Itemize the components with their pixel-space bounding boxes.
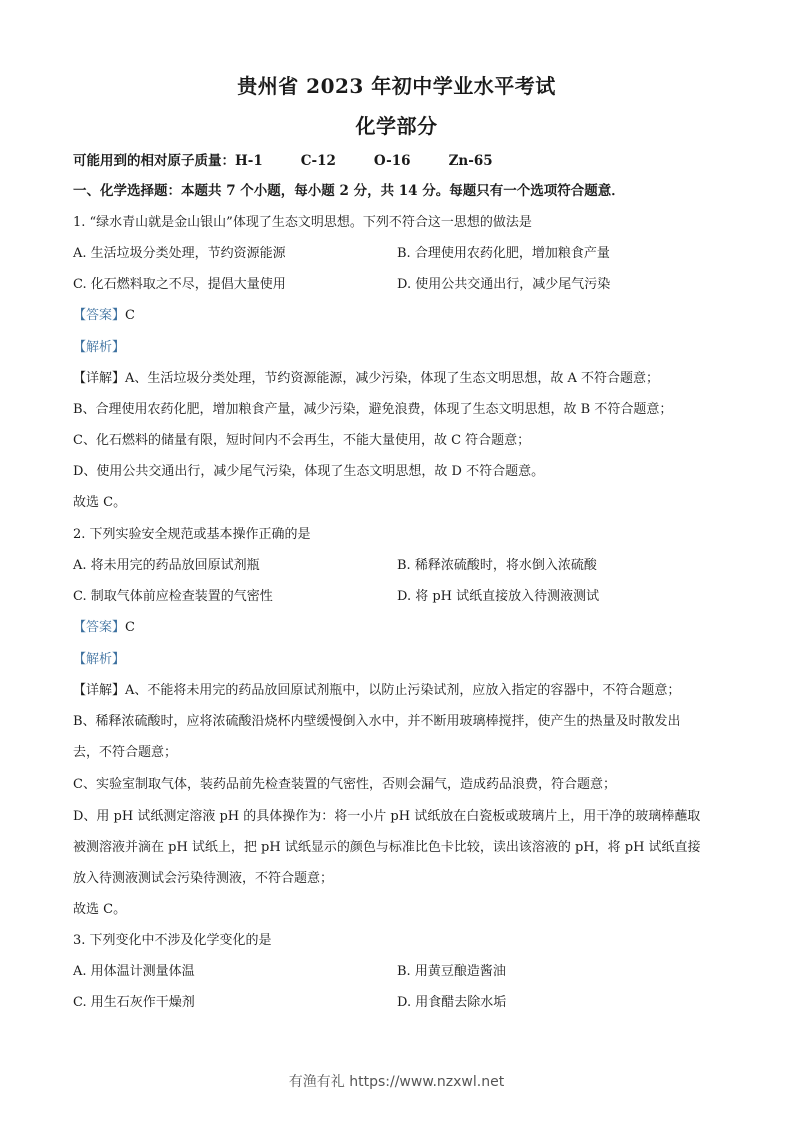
detail-text: A、生活垃圾分类处理，节约资源能源，减少污染，体现了生态文明思想，故 A 不符合…	[125, 371, 659, 386]
question-2-option-d: D. 将 pH 试纸直接放入待测液测试	[397, 588, 599, 606]
question-3-option-a: A. 用体温计测量体温	[73, 963, 195, 981]
question-1-detail-line: D、使用公共交通出行，减少尾气污染，体现了生态文明思想，故 D 不符合题意。	[73, 463, 544, 481]
detail-label: 【详解】	[73, 371, 125, 386]
question-3-stem: 3. 下列变化中不涉及化学变化的是	[73, 932, 272, 950]
analysis-label: 【解析】	[73, 652, 125, 667]
answer-value: C	[125, 620, 135, 635]
answer-value: C	[125, 308, 135, 323]
atomic-mass-zn: Zn-65	[449, 152, 493, 170]
question-2-answer: 【答案】C	[73, 619, 135, 637]
question-2-detail-line: 被测溶液并滴在 pH 试纸上，把 pH 试纸显示的颜色与标准比色卡比较，读出该溶…	[73, 839, 701, 857]
question-3-option-d: D. 用食醋去除水垢	[397, 994, 506, 1012]
exam-title: 贵州省 2023 年初中学业水平考试	[0, 70, 793, 99]
question-1-option-a: A. 生活垃圾分类处理，节约资源能源	[73, 245, 286, 263]
exam-subtitle: 化学部分	[0, 110, 793, 139]
question-2-analysis-label: 【解析】	[73, 651, 125, 669]
question-2-detail-line: C、实验室制取气体，装药品前先检查装置的气密性，否则会漏气，造成药品浪费，符合题…	[73, 776, 616, 794]
question-3-option-c: C. 用生石灰作干燥剂	[73, 994, 195, 1012]
question-1-detail-line: 【详解】A、生活垃圾分类处理，节约资源能源，减少污染，体现了生态文明思想，故 A…	[73, 370, 659, 388]
question-2-conclusion: 故选 C。	[73, 901, 126, 919]
question-1-answer: 【答案】C	[73, 307, 135, 325]
question-1-conclusion: 故选 C。	[73, 494, 126, 512]
question-2-detail-line: 放入待测液测试会污染待测液，不符合题意；	[73, 870, 333, 888]
question-1-option-c: C. 化石燃料取之不尽，提倡大量使用	[73, 276, 286, 294]
atomic-mass-h: H-1	[235, 153, 263, 169]
question-2-detail-line: D、用 pH 试纸测定溶液 pH 的具体操作为：将一小片 pH 试纸放在白瓷板或…	[73, 808, 700, 826]
question-1-stem: 1. “绿水青山就是金山银山”体现了生态文明思想。下列不符合这一思想的做法是	[73, 214, 532, 232]
question-2-detail-line: 去，不符合题意；	[73, 744, 177, 762]
question-1-detail-line: C、化石燃料的储量有限，短时间内不会再生，不能大量使用，故 C 符合题意；	[73, 432, 530, 450]
question-1-analysis-label: 【解析】	[73, 339, 125, 357]
detail-text: A、不能将未用完的药品放回原试剂瓶中，以防止污染试剂，应放入指定的容器中，不符合…	[125, 683, 680, 698]
question-2-detail-line: 【详解】A、不能将未用完的药品放回原试剂瓶中，以防止污染试剂，应放入指定的容器中…	[73, 682, 680, 700]
exam-page: 贵州省 2023 年初中学业水平考试 化学部分 可能用到的相对原子质量：H-1C…	[0, 0, 793, 1122]
footer-watermark: 有渔有礼 https://www.nzxwl.net	[0, 1071, 793, 1091]
question-3-option-b: B. 用黄豆酿造酱油	[397, 963, 506, 981]
question-2-option-c: C. 制取气体前应检查装置的气密性	[73, 588, 273, 606]
question-2-option-b: B. 稀释浓硫酸时，将水倒入浓硫酸	[397, 557, 597, 575]
question-2-detail-line: B、稀释浓硫酸时，应将浓硫酸沿烧杯内壁缓慢倒入水中，并不断用玻璃棒搅拌，使产生的…	[73, 713, 681, 731]
atomic-mass-row: 可能用到的相对原子质量：H-1C-12O-16Zn-65	[73, 152, 493, 170]
question-1-option-b: B. 合理使用农药化肥，增加粮食产量	[397, 245, 610, 263]
section-heading: 一、化学选择题：本题共 7 个小题，每小题 2 分，共 14 分。每题只有一个选…	[73, 182, 625, 200]
answer-label: 【答案】	[73, 620, 125, 635]
atomic-mass-c: C-12	[301, 152, 336, 170]
question-2-stem: 2. 下列实验安全规范或基本操作正确的是	[73, 526, 311, 544]
analysis-label: 【解析】	[73, 340, 125, 355]
answer-label: 【答案】	[73, 308, 125, 323]
question-1-detail-line: B、合理使用农药化肥，增加粮食产量，减少污染，避免浪费，体现了生态文明思想，故 …	[73, 401, 672, 419]
detail-label: 【详解】	[73, 683, 125, 698]
atomic-mass-label: 可能用到的相对原子质量：	[73, 153, 235, 169]
question-2-option-a: A. 将未用完的药品放回原试剂瓶	[73, 557, 260, 575]
atomic-mass-o: O-16	[374, 152, 411, 170]
question-1-option-d: D. 使用公共交通出行，减少尾气污染	[397, 276, 610, 294]
